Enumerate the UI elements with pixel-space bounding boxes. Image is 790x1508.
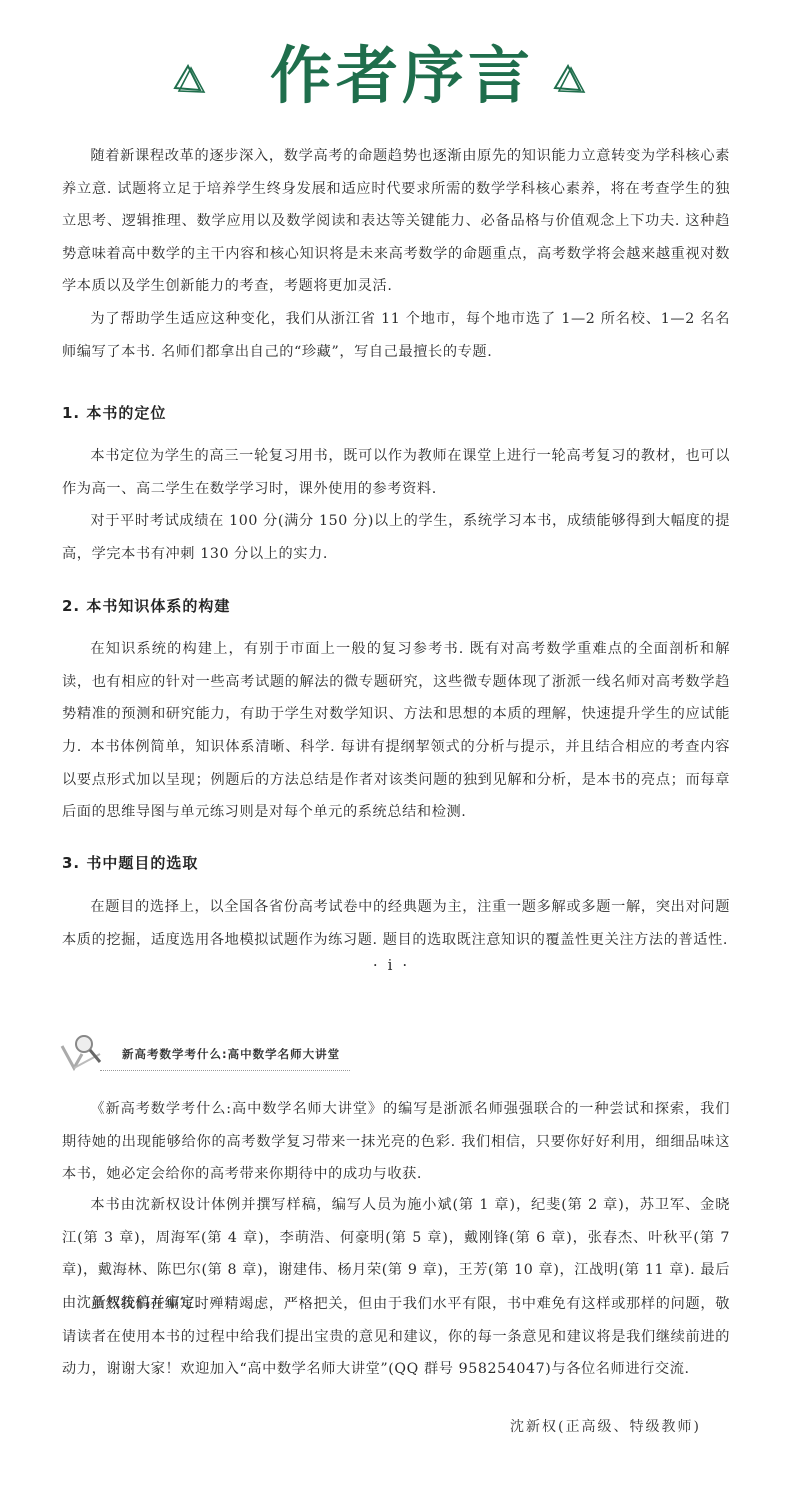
author-signature: 沈新权(正高级、特级教师)	[510, 1416, 701, 1436]
running-header: 新高考数学考什么:高中数学名师大讲堂	[60, 1030, 360, 1076]
intro-paragraph: 随着新课程改革的逐步深入，数学高考的命题趋势也逐渐由原先的知识能力立意转变为学科…	[62, 140, 730, 303]
magnifier-book-icon	[60, 1032, 106, 1072]
dotted-divider	[100, 1070, 350, 1071]
triangle-ornament-icon	[172, 64, 208, 94]
body-paragraph: 《新高考数学考什么:高中数学名师大讲堂》的编写是浙派名师强强联合的一种尝试和探索…	[62, 1093, 730, 1191]
page-number: ·i·	[0, 956, 790, 974]
body-paragraph: 虽然我们在编写时殚精竭虑，严格把关，但由于我们水平有限，书中难免有这样或那样的问…	[62, 1288, 730, 1386]
section-paragraph: 在题目的选择上，以全国各省份高考试卷中的经典题为主，注重一题多解或多题一解，突出…	[62, 891, 730, 956]
page-title: 作者序言	[270, 36, 534, 116]
section-heading: 3. 书中题目的选取	[62, 852, 198, 873]
intro-paragraph: 为了帮助学生适应这种变化，我们从浙江省 11 个地市，每个地市选了 1—2 所名…	[62, 303, 730, 368]
running-header-title: 新高考数学考什么:高中数学名师大讲堂	[122, 1046, 340, 1062]
section-paragraph: 本书定位为学生的高三一轮复习用书，既可以作为教师在课堂上进行一轮高考复习的教材，…	[62, 440, 730, 505]
section-heading: 1. 本书的定位	[62, 402, 166, 423]
section-paragraph: 本书体例简单，知识体系清晰、科学. 每讲有提纲挈领式的分析与提示，并且结合相应的…	[62, 731, 730, 829]
section-heading: 2. 本书知识体系的构建	[62, 595, 230, 616]
section-paragraph: 对于平时考试成绩在 100 分(满分 150 分)以上的学生，系统学习本书，成绩…	[62, 505, 730, 570]
title-banner: 作者序言	[0, 36, 790, 116]
triangle-ornament-icon	[552, 64, 588, 94]
